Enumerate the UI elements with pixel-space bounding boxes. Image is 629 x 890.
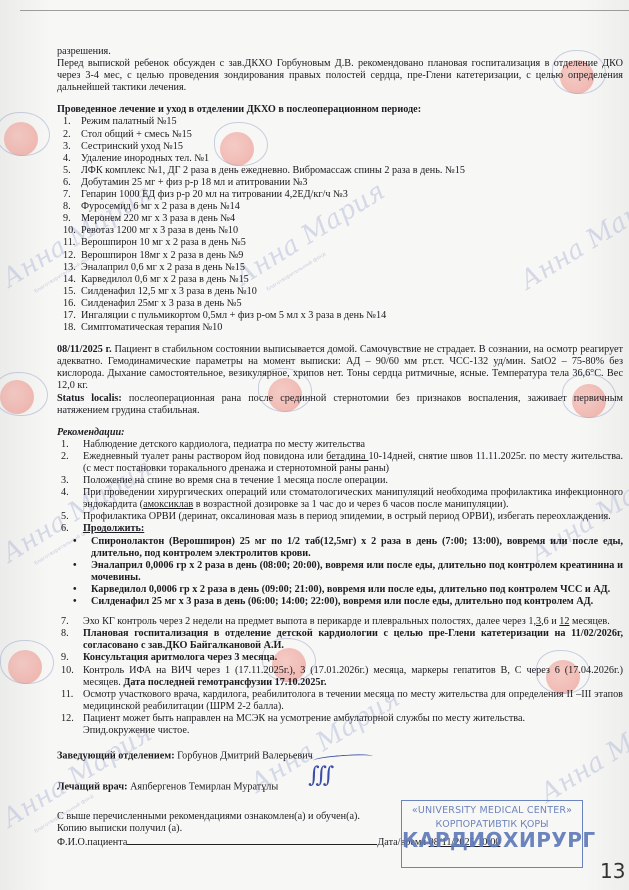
- treatment-item: 4.Удаление инородных тел. №1: [57, 153, 623, 165]
- treatment-item: 17.Ингаляции с пульмикортом 0,5мл + физ …: [57, 310, 623, 322]
- continue-medication-item: Карведилол 0,0006 гр х 2 раза в день (09…: [57, 584, 623, 596]
- recommendation-item: 4.При проведении хирургических операций …: [57, 487, 623, 511]
- clinic-stamp: «UNIVERSITY MEDICAL CENTER» КОРПОРАТИВТІ…: [401, 800, 583, 868]
- attending-doctor-signature: Лечащий врач: Аяпбергенов Темирлан Мурат…: [57, 775, 623, 799]
- treatment-item: 10.Ревотаз 1200 мг х 3 раза в день №10: [57, 225, 623, 237]
- status-localis: Status localis: послеоперационная рана п…: [57, 393, 623, 417]
- recommendation-item: 9.Консультация аритмолога через 3 месяца…: [57, 652, 623, 664]
- recommendation-item: 10.Контроль ИФА на ВИЧ через 1 (17.11.20…: [57, 665, 623, 689]
- treatment-item: 14.Карведилол 0,6 мг х 2 раза в день №15: [57, 274, 623, 286]
- treatment-item: 5.ЛФК комплекс №1, ДГ 2 раза в день ежед…: [57, 165, 623, 177]
- treatment-item: 16.Силденафил 25мг х 3 раза в день №5: [57, 298, 623, 310]
- treatment-item: 13.Эналаприл 0,6 мг х 2 раза в день №15: [57, 262, 623, 274]
- discharge-date: 08/11/2025 г.: [57, 344, 112, 355]
- recommendations-heading: Рекомендации:: [57, 427, 623, 439]
- treatment-item: 15.Силденафил 12,5 мг х 3 раза в день №1…: [57, 286, 623, 298]
- discharge-status-paragraph: 08/11/2025 г. Пациент в стабильном состо…: [57, 344, 623, 392]
- recommendation-item: 8.Плановая госпитализация в отделение де…: [57, 628, 623, 652]
- page-top-rule: [20, 10, 629, 11]
- recommendation-item: 6.Продолжить: Спиронолактон (Верошпирон)…: [57, 523, 623, 608]
- treatment-item: 8.Фуросемид 6 мг х 2 раза в день №14: [57, 201, 623, 213]
- recommendation-item: 3.Положение на спине во время сна в тече…: [57, 475, 623, 487]
- recommendation-item: 2.Ежедневный туалет раны раствором йод п…: [57, 451, 623, 475]
- department-head-signature: Заведующий отделением: Горбунов Дмитрий …: [57, 749, 623, 763]
- recommendation-item: 1.Наблюдение детского кардиолога, педиат…: [57, 439, 623, 451]
- treatment-item: 9.Меронем 220 мг х 3 раза в день №4: [57, 213, 623, 225]
- recommendation-item: 12.Пациент может быть направлен на МСЭК …: [57, 713, 623, 725]
- recommendation-item: 7.Эхо КГ контроль через 2 недели на пред…: [57, 616, 623, 628]
- epid-note: Эпид.окружение чистое.: [57, 725, 623, 737]
- treatment-item: 2.Стол общий + смесь №15: [57, 129, 623, 141]
- recommendation-item: 11.Осмотр участкового врача, кардилога, …: [57, 689, 623, 713]
- recommendation-item: 5.Профилактика ОРВИ (деринат, оксалинова…: [57, 511, 623, 523]
- treatment-item: 7.Гепарин 1000 ЕД физ р-р 20 мл на титро…: [57, 189, 623, 201]
- treatment-item: 11.Верошпирон 10 мг х 2 раза в день №5: [57, 237, 623, 249]
- intro-paragraph: Перед выпиской ребенок обсужден с зав.ДК…: [57, 58, 623, 94]
- patient-name-field[interactable]: [127, 835, 377, 845]
- signature-scribble-icon: [313, 749, 373, 763]
- treatment-item: 12.Верошпирон 18мг х 2 раза в день №9: [57, 250, 623, 262]
- discharge-document: разрешения. Перед выпиской ребенок обсуж…: [57, 46, 623, 849]
- continue-medication-item: Спиронолактон (Верошпирон) 25 мг по 1/2 …: [57, 536, 623, 560]
- treatment-item: 6.Добутамин 25 мг + физ р-р 18 мл и атит…: [57, 177, 623, 189]
- recommendations-list: 1.Наблюдение детского кардиолога, педиат…: [57, 439, 623, 737]
- treatment-item: 3.Сестринский уход №15: [57, 141, 623, 153]
- intro-line: разрешения.: [57, 46, 623, 58]
- continue-medications-list: Спиронолактон (Верошпирон) 25 мг по 1/2 …: [57, 536, 623, 609]
- treatment-heading: Проведенное лечение и уход в отделении Д…: [57, 104, 623, 116]
- continue-medication-item: Силденафил 25 мг х 3 раза в день (06:00;…: [57, 596, 623, 608]
- treatment-item: 1.Режим палатный №15: [57, 116, 623, 128]
- signature-scribble-icon: [308, 775, 330, 799]
- page-number: 13: [600, 865, 625, 877]
- continue-medication-item: Эналаприл 0,0006 гр х 2 раза в день (08:…: [57, 560, 623, 584]
- treatment-list: 1.Режим палатный №152.Стол общий + смесь…: [57, 116, 623, 334]
- treatment-item: 18.Симптоматическая терапия №10: [57, 322, 623, 334]
